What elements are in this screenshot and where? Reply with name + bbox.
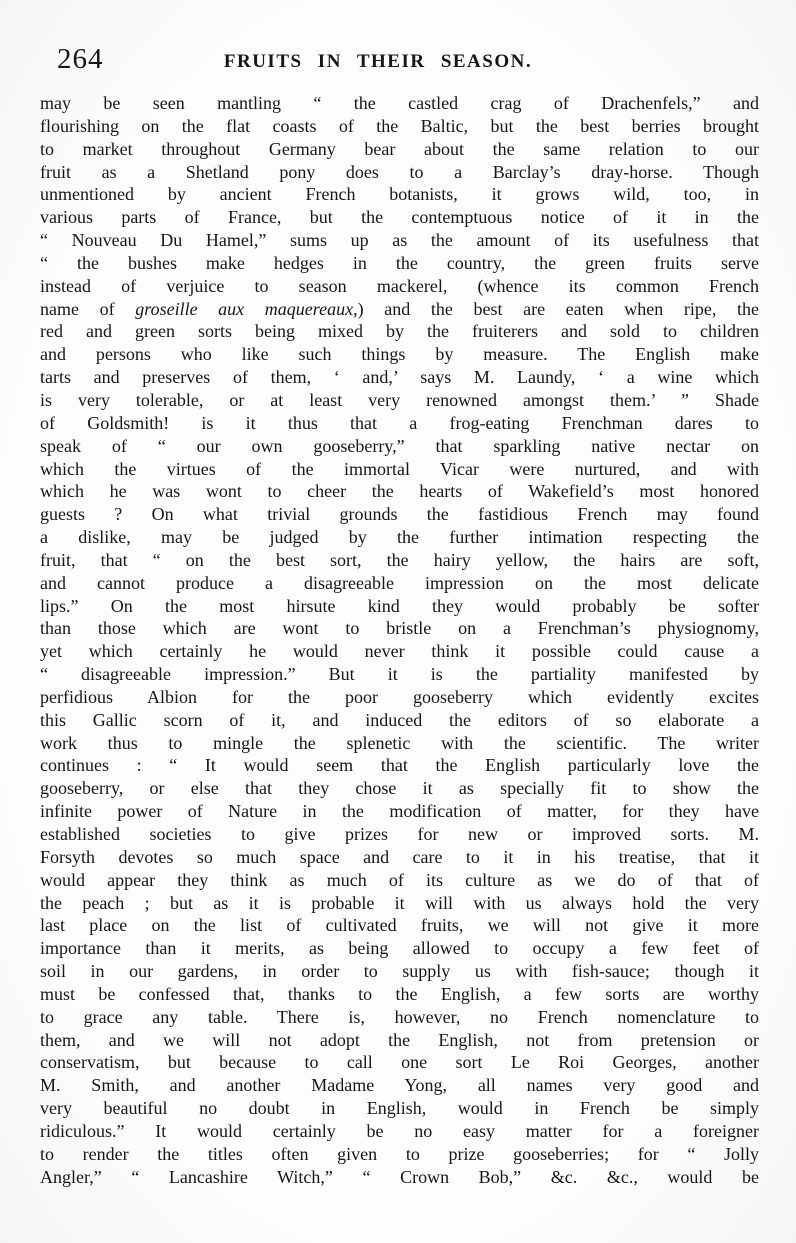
text-line: importance than it merits, as being allo… [40, 937, 759, 960]
text-line: red and green sorts being mixed by the f… [40, 320, 759, 343]
text-line: name of groseille aux maquereaux,) and t… [40, 298, 759, 321]
text-line: is very tolerable, or at least very reno… [40, 389, 759, 412]
text-line: infinite power of Nature in the modifica… [40, 800, 759, 823]
text-line: which the virtues of the immortal Vicar … [40, 458, 759, 481]
text-line: very beautiful no doubt in English, woul… [40, 1097, 759, 1120]
text-line: must be confessed that, thanks to the En… [40, 983, 759, 1006]
text-line: the peach ; but as it is probable it wil… [40, 892, 759, 915]
text-line: yet which certainly he would never think… [40, 640, 759, 663]
text-line: them, and we will not adopt the English,… [40, 1029, 759, 1052]
text-line: established societies to give prizes for… [40, 823, 759, 846]
text-line: speak of “ our own gooseberry,” that spa… [40, 435, 759, 458]
text-line: than those which are wont to bristle on … [40, 617, 759, 640]
text-line: “ disagreeable impression.” But it is th… [40, 663, 759, 686]
italic-phrase: groseille aux maquereaux [135, 299, 353, 319]
text-line: M. Smith, and another Madame Yong, all n… [40, 1074, 759, 1097]
text-line: a dislike, may be judged by the further … [40, 526, 759, 549]
text-line: this Gallic scorn of it, and induced the… [40, 709, 759, 732]
running-title: FRUITS IN THEIR SEASON. [0, 49, 756, 75]
text-line: of Goldsmith! is it thus that a frog-eat… [40, 412, 759, 435]
text-line: Angler,” “ Lancashire Witch,” “ Crown Bo… [40, 1166, 759, 1189]
text-line: tarts and preserves of them, ‘ and,’ say… [40, 366, 759, 389]
text-line: and cannot produce a disagreeable impres… [40, 572, 759, 595]
text-line: “ Nouveau Du Hamel,” sums up as the amou… [40, 229, 759, 252]
text-line: to grace any table. There is, however, n… [40, 1006, 759, 1029]
text-line: lips.” On the most hirsute kind they wou… [40, 595, 759, 618]
text-line: continues : “ It would seem that the Eng… [40, 754, 759, 777]
text-line: work thus to mingle the splenetic with t… [40, 732, 759, 755]
text-line: perfidious Albion for the poor gooseberr… [40, 686, 759, 709]
page-header: 264 FRUITS IN THEIR SEASON. [0, 42, 796, 82]
text-line: various parts of France, but the contemp… [40, 206, 759, 229]
text-segment: ,) and the best are eaten when ripe, the [353, 299, 759, 319]
text-line: gooseberry, or else that they chose it a… [40, 777, 759, 800]
text-line: would appear they think as much of its c… [40, 869, 759, 892]
text-line: guests ? On what trivial grounds the fas… [40, 503, 759, 526]
text-segment: name of [40, 299, 135, 319]
text-line: fruit, that “ on the best sort, the hair… [40, 549, 759, 572]
text-line: which he was wont to cheer the hearts of… [40, 480, 759, 503]
text-line: instead of verjuice to season mackerel, … [40, 275, 759, 298]
text-line: last place on the list of cultivated fru… [40, 914, 759, 937]
text-line: ridiculous.” It would certainly be no ea… [40, 1120, 759, 1143]
text-line: soil in our gardens, in order to supply … [40, 960, 759, 983]
text-line: “ the bushes make hedges in the country,… [40, 252, 759, 275]
text-line: fruit as a Shetland pony does to a Barcl… [40, 161, 759, 184]
text-line: conservatism, but because to call one so… [40, 1051, 759, 1074]
book-page: 264 FRUITS IN THEIR SEASON. may be seen … [0, 0, 796, 1243]
page-body: may be seen mantling “ the castled crag … [40, 92, 759, 1189]
text-line: may be seen mantling “ the castled crag … [40, 92, 759, 115]
text-line: and persons who like such things by meas… [40, 343, 759, 366]
text-line: flourishing on the flat coasts of the Ba… [40, 115, 759, 138]
text-line: to market throughout Germany bear about … [40, 138, 759, 161]
text-line: unmentioned by ancient French botanists,… [40, 183, 759, 206]
text-line: to render the titles often given to priz… [40, 1143, 759, 1166]
text-line: Forsyth devotes so much space and care t… [40, 846, 759, 869]
